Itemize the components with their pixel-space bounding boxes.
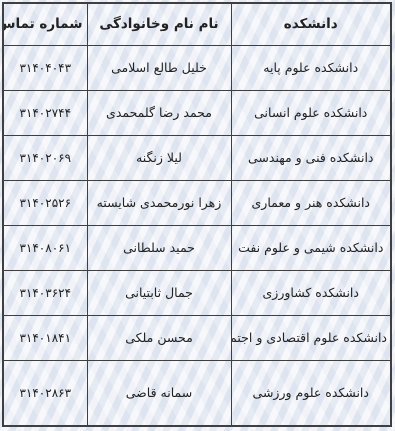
table-row: دانشکده فنی و مهندسی لیلا زنگنه ۳۱۴۰۲۰۶۹: [3, 135, 391, 180]
cell-phone: ۳۱۴۰۸۰۶۱: [3, 225, 87, 270]
table-row: دانشکده کشاورزی جمال ثابتیانی ۳۱۴۰۳۶۲۴: [3, 270, 391, 315]
cell-name: سمانه قاضی: [87, 360, 231, 426]
header-cell-faculty: دانشکده: [231, 3, 391, 45]
cell-name: زهرا نورمحمدی شایسته: [87, 180, 231, 225]
table-row: دانشکده علوم اقتصادی و اجتماعی محسن ملکی…: [3, 315, 391, 360]
cell-phone: ۳۱۴۰۲۷۴۴: [3, 90, 87, 135]
cell-phone: ۳۱۴۰۲۵۲۶: [3, 180, 87, 225]
cell-phone: ۳۱۴۰۳۶۲۴: [3, 270, 87, 315]
cell-phone: ۳۱۴۰۲۸۶۳: [3, 360, 87, 426]
cell-name: حمید سلطانی: [87, 225, 231, 270]
cell-faculty: دانشکده شیمی و علوم نفت: [231, 225, 391, 270]
cell-phone: ۳۱۴۰۴۰۴۳: [3, 45, 87, 90]
table-header-row: دانشکده نام نام وخانوادگی شماره تماس: [3, 3, 391, 45]
cell-name: خلیل طالع اسلامی: [87, 45, 231, 90]
cell-faculty: دانشکده علوم ورزشی: [231, 360, 391, 426]
cell-faculty: دانشکده کشاورزی: [231, 270, 391, 315]
cell-faculty: دانشکده علوم انسانی: [231, 90, 391, 135]
table-row: دانشکده علوم ورزشی سمانه قاضی ۳۱۴۰۲۸۶۳: [3, 360, 391, 426]
cell-name: لیلا زنگنه: [87, 135, 231, 180]
cell-faculty: دانشکده علوم پایه: [231, 45, 391, 90]
table-row: دانشکده علوم انسانی محمد رضا گلمحمدی ۳۱۴…: [3, 90, 391, 135]
cell-name: جمال ثابتیانی: [87, 270, 231, 315]
cell-faculty: دانشکده فنی و مهندسی: [231, 135, 391, 180]
cell-name: محسن ملکی: [87, 315, 231, 360]
header-cell-phone: شماره تماس: [3, 3, 87, 45]
cell-phone: ۳۱۴۰۲۰۶۹: [3, 135, 87, 180]
cell-name: محمد رضا گلمحمدی: [87, 90, 231, 135]
table-row: دانشکده علوم پایه خلیل طالع اسلامی ۳۱۴۰۴…: [3, 45, 391, 90]
contacts-table: دانشکده نام نام وخانوادگی شماره تماس دان…: [2, 2, 392, 427]
cell-faculty: دانشکده علوم اقتصادی و اجتماعی: [231, 315, 391, 360]
header-cell-name: نام نام وخانوادگی: [87, 3, 231, 45]
table-row: دانشکده هنر و معماری زهرا نورمحمدی شایست…: [3, 180, 391, 225]
table-row: دانشکده شیمی و علوم نفت حمید سلطانی ۳۱۴۰…: [3, 225, 391, 270]
cell-phone: ۳۱۴۰۱۸۴۱: [3, 315, 87, 360]
document-page: دانشکده نام نام وخانوادگی شماره تماس دان…: [0, 0, 395, 431]
cell-faculty: دانشکده هنر و معماری: [231, 180, 391, 225]
